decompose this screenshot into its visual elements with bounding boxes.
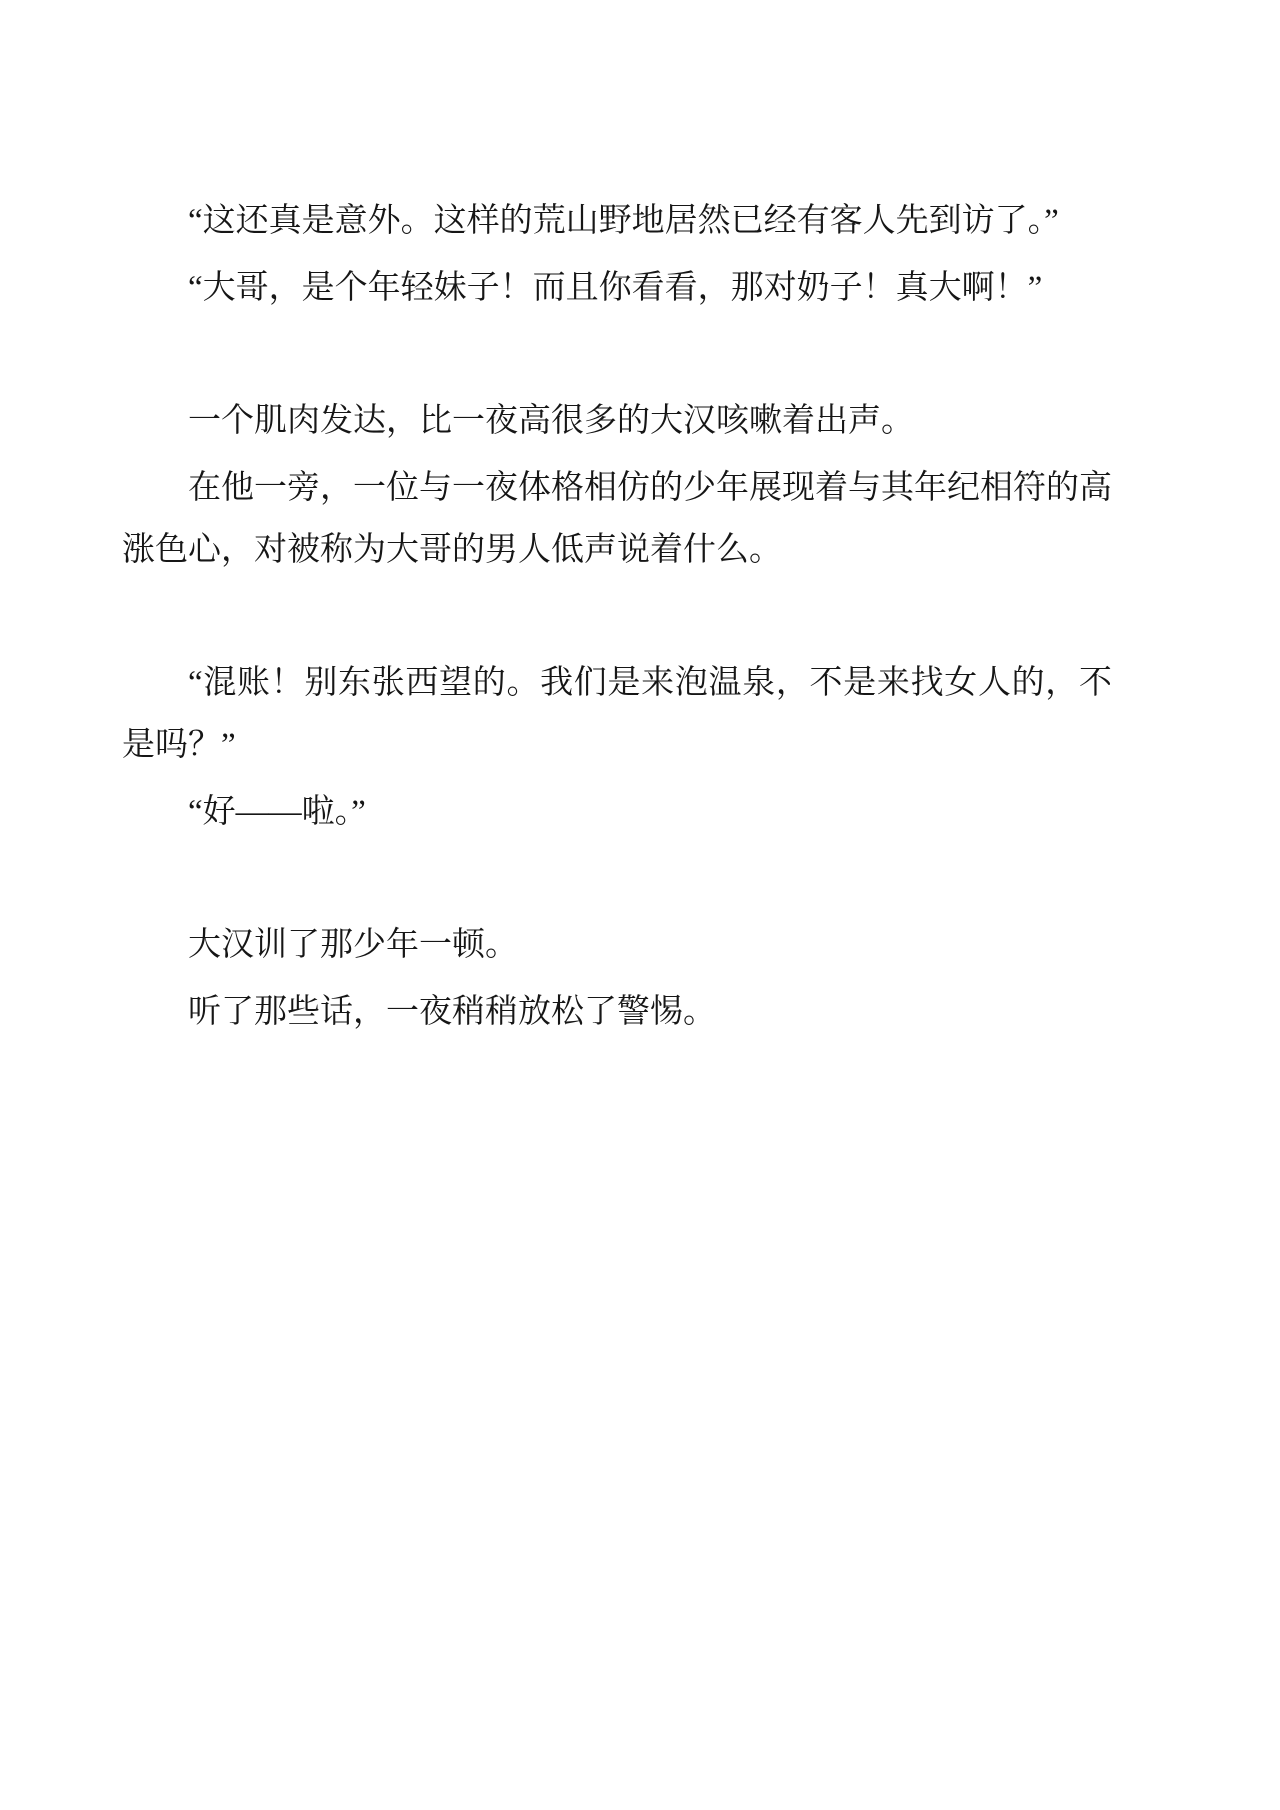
narration-block-2: 大汉训了那少年一顿。 听了那些话，一夜稍稍放松了警惕。 bbox=[122, 914, 1112, 1043]
document-page: “这还真是意外。这样的荒山野地居然已经有客人先到访了。” “大哥，是个年轻妹子！… bbox=[0, 0, 1280, 1810]
paragraph-dialogue-4: “好——啦。” bbox=[122, 781, 1112, 843]
paragraph-spacer bbox=[122, 848, 1112, 914]
paragraph-narration-4: 听了那些话，一夜稍稍放松了警惕。 bbox=[122, 981, 1112, 1043]
paragraph-spacer bbox=[122, 324, 1112, 390]
paragraph-narration-1: 一个肌肉发达，比一夜高很多的大汉咳嗽着出声。 bbox=[122, 390, 1112, 452]
paragraph-narration-3: 大汉训了那少年一顿。 bbox=[122, 914, 1112, 976]
paragraph-dialogue-2: “大哥，是个年轻妹子！而且你看看，那对奶子！真大啊！” bbox=[122, 257, 1112, 319]
narration-block-1: 一个肌肉发达，比一夜高很多的大汉咳嗽着出声。 在他一旁，一位与一夜体格相仿的少年… bbox=[122, 390, 1112, 581]
paragraph-narration-2: 在他一旁，一位与一夜体格相仿的少年展现着与其年纪相符的高涨色心，对被称为大哥的男… bbox=[122, 457, 1112, 581]
paragraph-spacer bbox=[122, 586, 1112, 652]
dialogue-block-1: “这还真是意外。这样的荒山野地居然已经有客人先到访了。” “大哥，是个年轻妹子！… bbox=[122, 190, 1112, 319]
paragraph-dialogue-1: “这还真是意外。这样的荒山野地居然已经有客人先到访了。” bbox=[122, 190, 1112, 252]
dialogue-block-2: “混账！别东张西望的。我们是来泡温泉，不是来找女人的，不是吗？” “好——啦。” bbox=[122, 652, 1112, 843]
paragraph-dialogue-3: “混账！别东张西望的。我们是来泡温泉，不是来找女人的，不是吗？” bbox=[122, 652, 1112, 776]
